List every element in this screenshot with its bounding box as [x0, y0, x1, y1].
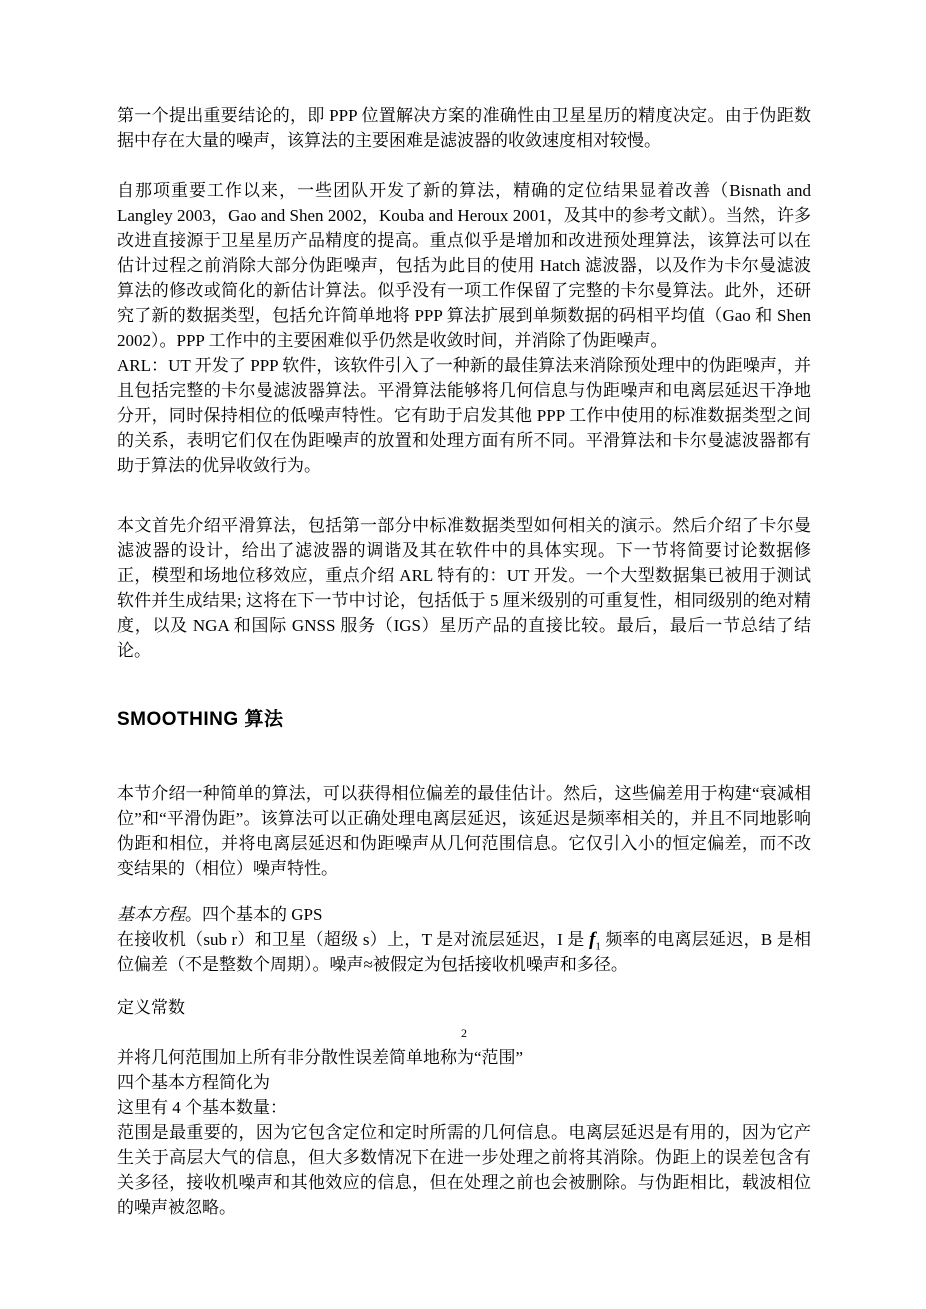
basic-equations-block: 基本方程。四个基本的 GPS 在接收机（sub r）和卫星（超级 s）上，T 是… — [117, 902, 811, 977]
basic-equations-lead-line: 基本方程。四个基本的 GPS — [117, 902, 811, 927]
section-heading-smoothing: SMOOTHING 算法 — [117, 708, 811, 732]
paragraph-smoothing-overview: 本节介绍一种简单的算法，可以获得相位偏差的最佳估计。然后，这些偏差用于构建“衰减… — [117, 781, 811, 881]
range-definition-line: 并将几何范围加上所有非分散性误差简单地称为“范围” — [117, 1045, 811, 1070]
basic-equations-term-rest: 。四个基本的 GPS — [185, 905, 322, 924]
define-constants-line: 定义常数 — [117, 995, 811, 1020]
equation-number: 2 — [117, 1022, 811, 1045]
paragraph-quantities-discussion: 范围是最重要的，因为它包含定位和定时所需的几何信息。电离层延迟是有用的，因为它产… — [117, 1120, 811, 1220]
equations-simplified-line: 四个基本方程简化为 — [117, 1070, 811, 1095]
gps-observables-line: 在接收机（sub r）和卫星（超级 s）上，T 是对流层延迟，I 是 f1 频率… — [117, 927, 811, 977]
document-page: 第一个提出重要结论的，即 PPP 位置解决方案的准确性由卫星星历的精度决定。由于… — [0, 0, 926, 1309]
paragraph-arl-ut-software: ARL：UT 开发了 PPP 软件，该软件引入了一种新的最佳算法来消除预处理中的… — [117, 353, 811, 478]
paragraph-related-work: 自那项重要工作以来，一些团队开发了新的算法，精确的定位结果显着改善（Bisnat… — [117, 178, 811, 353]
basic-equations-term: 基本方程 — [117, 905, 185, 924]
paragraph-intro-conclusion: 第一个提出重要结论的，即 PPP 位置解决方案的准确性由卫星星历的精度决定。由于… — [117, 103, 811, 153]
gps-observables-text: 在接收机（sub r）和卫星（超级 s）上，T 是对流层延迟，I 是 — [117, 930, 589, 949]
basic-quantities-line: 这里有 4 个基本数量： — [117, 1095, 811, 1120]
paragraph-paper-outline: 本文首先介绍平滑算法，包括第一部分中标准数据类型如何相关的演示。然后介绍了卡尔曼… — [117, 513, 811, 663]
